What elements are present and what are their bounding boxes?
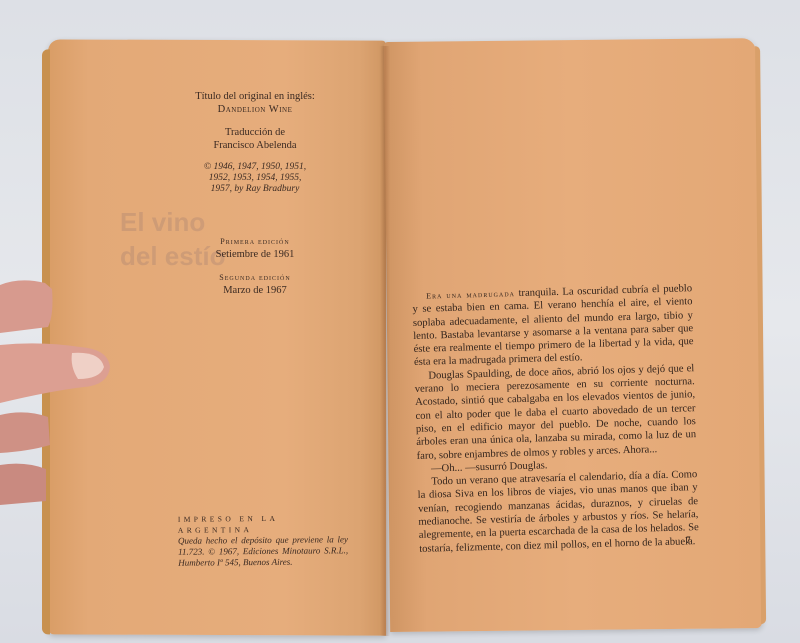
- copyright-line: © 1946, 1947, 1950, 1951,: [170, 162, 340, 173]
- imprint-heading: IMPRESO EN LA ARGENTINA: [178, 512, 348, 535]
- original-title: Dandelion Wine: [170, 103, 340, 116]
- colophon: Título del original en inglés: Dandelion…: [170, 90, 340, 297]
- chapter-text: Era una madrugada tranquila. La oscurida…: [412, 282, 699, 556]
- book-gutter: [380, 46, 390, 636]
- first-edition-label: Primera edición: [170, 235, 340, 248]
- copyright-line: 1952, 1953, 1954, 1955,: [170, 173, 340, 184]
- opening-small-caps: Era una madrugada: [426, 289, 515, 300]
- page-number: 7: [686, 535, 691, 545]
- book-photo: El vino del estío Título del original en…: [0, 0, 800, 643]
- paragraph: Douglas Spaulding, de doce años, abrió l…: [414, 362, 696, 463]
- paragraph: Todo un verano que atravesaría el calend…: [417, 468, 699, 556]
- second-edition-date: Marzo de 1967: [170, 284, 340, 297]
- imprint-text: Queda hecho el depósito que previene la …: [178, 534, 348, 568]
- hand-thumb-icon: [0, 275, 120, 505]
- first-edition-date: Setiembre de 1961: [170, 248, 340, 261]
- translation-label: Traducción de: [170, 126, 340, 139]
- copyright-line: 1957, by Ray Bradbury: [170, 184, 340, 195]
- original-title-label: Título del original en inglés:: [170, 90, 340, 103]
- translator: Francisco Abelenda: [170, 139, 340, 152]
- imprint: IMPRESO EN LA ARGENTINA Queda hecho el d…: [178, 512, 348, 568]
- paragraph: Era una madrugada tranquila. La oscurida…: [412, 282, 694, 370]
- second-edition-label: Segunda edición: [170, 271, 340, 284]
